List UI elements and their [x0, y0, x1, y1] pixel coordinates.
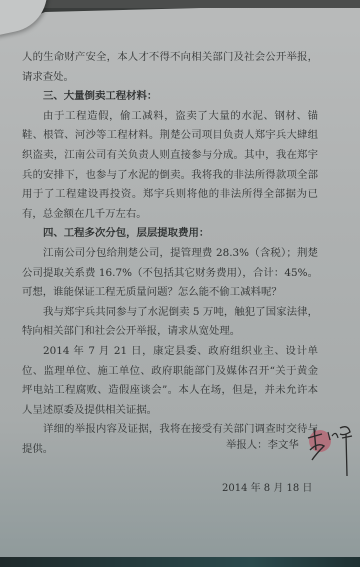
paragraph-meeting: 2014 年 7 月 21 日，康定县委、政府组织业主、设计单位、监理单位、施工… [22, 342, 318, 420]
handwritten-signature-icon [304, 420, 356, 476]
paragraph-materials: 由于工程造假，偷工减料，盗卖了大量的水泥、钢材、锚鞋、根管、河沙等工程材料。荆楚… [22, 107, 318, 225]
document-date: 2014 年 8 月 18 日 [222, 479, 312, 494]
paragraph-subcontract: 江南公司分包给荆楚公司，提管理费 28.3%（含税）；荆楚公司提取关系费 16.… [22, 244, 318, 303]
document-body: 人的生命财产安全，本人才不得不向相关部门及社会公开举报，请求查处。 三、大量倒卖… [22, 48, 318, 459]
paragraph-confession: 我与郑宇兵共同参与了水泥倒卖 5 万吨，触犯了国家法律，特向相关部门和社会公开举… [22, 303, 318, 342]
reporter-label: 举报人：李文华 [226, 436, 299, 451]
section-heading-3: 三、大量倒卖工程材料： [22, 87, 318, 107]
paragraph-continuation: 人的生命财产安全，本人才不得不向相关部门及社会公开举报，请求查处。 [22, 48, 318, 87]
section-heading-4: 四、工程多次分包，层层提取费用： [22, 224, 318, 244]
background-surface-bottom [0, 557, 360, 567]
background-surface [40, 0, 360, 8]
